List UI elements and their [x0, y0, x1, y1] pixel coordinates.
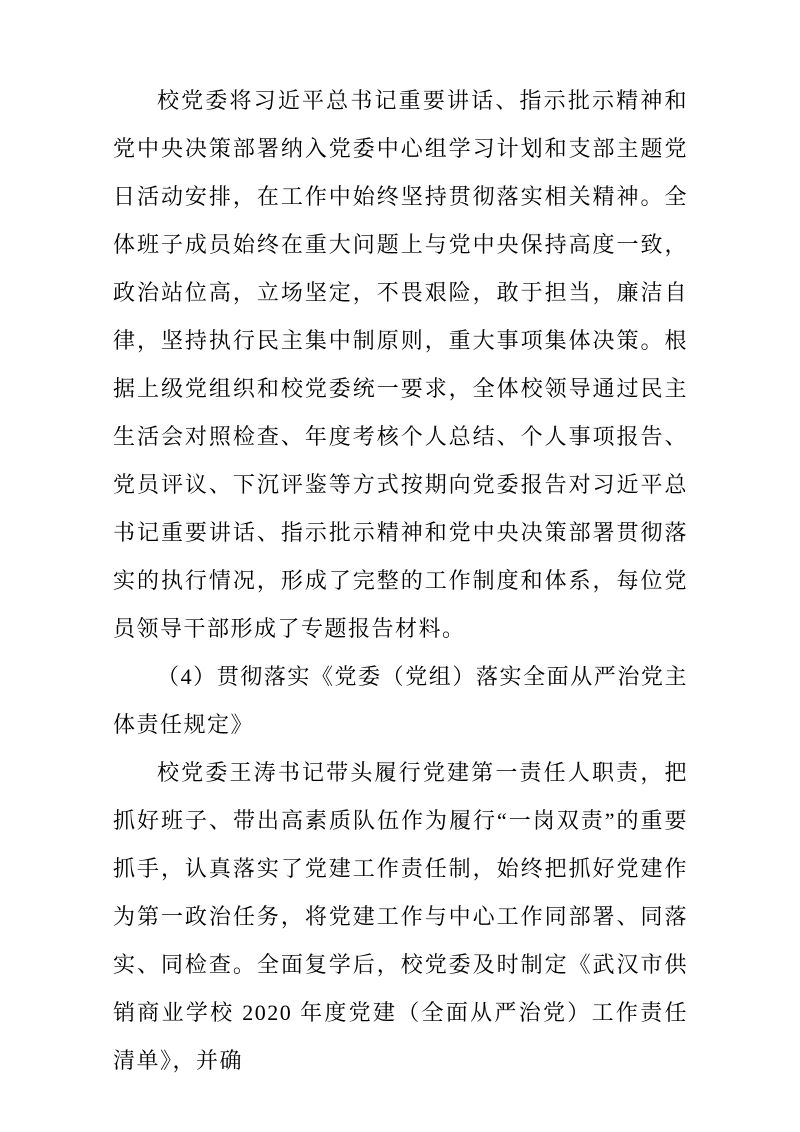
paragraph-heading-item-4: （4）贯彻落实《党委（党组）落实全面从严治党主体责任规定》 [113, 653, 688, 749]
document-page: 校党委将习近平总书记重要讲话、指示批示精神和党中央决策部署纳入党委中心组学习计划… [0, 0, 800, 1132]
paragraph-body-2: 校党委王涛书记带头履行党建第一责任人职责，把抓好班子、带出高素质队伍作为履行“一… [113, 749, 688, 1085]
document-body: 校党委将习近平总书记重要讲话、指示批示精神和党中央决策部署纳入党委中心组学习计划… [113, 77, 688, 1085]
paragraph-body-1: 校党委将习近平总书记重要讲话、指示批示精神和党中央决策部署纳入党委中心组学习计划… [113, 77, 688, 653]
